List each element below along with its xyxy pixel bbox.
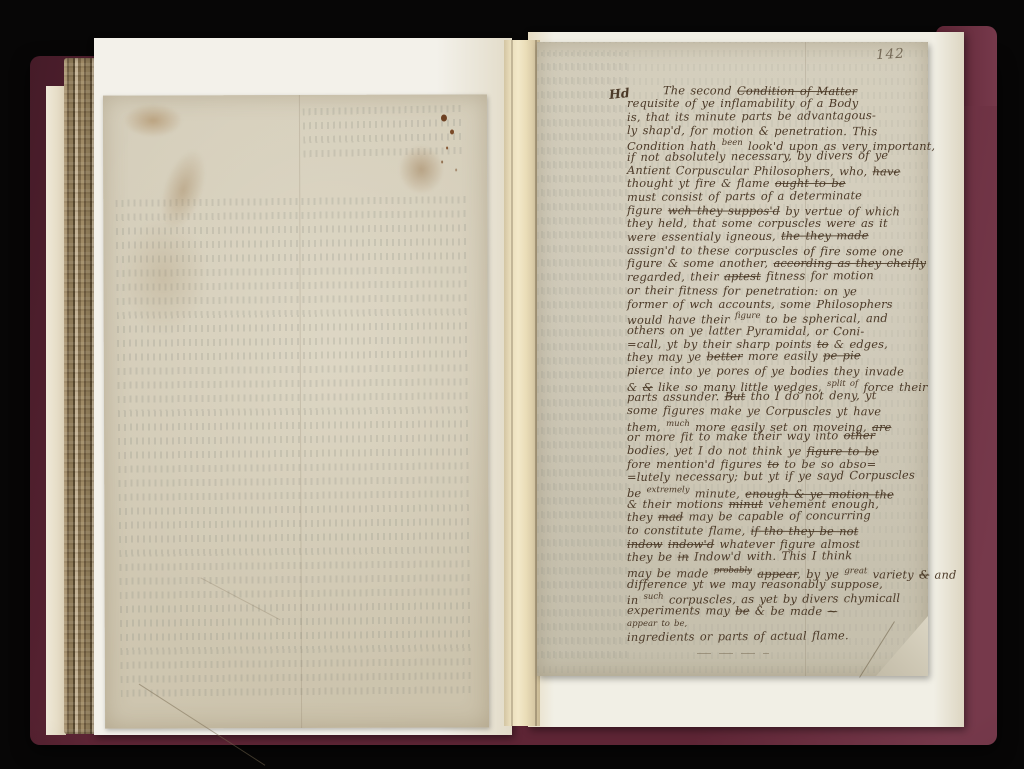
- manuscript-line: is, that its minute parts be advantagous…: [627, 108, 929, 124]
- stain: [123, 103, 183, 137]
- right-manuscript-leaf: 142 Hd The second Condition of Matterreq…: [537, 42, 928, 676]
- manuscript-line: must consist of parts of a determinate: [627, 188, 929, 204]
- manuscript-line: others on ye latter Pyramidal, or Coni-: [627, 324, 929, 339]
- margin-showthrough: [541, 52, 627, 661]
- manuscript-line: in such corpuscles, as yet by divers chy…: [627, 589, 929, 605]
- manuscript-line: =lutely necessary; but yt if ye sayd Cor…: [627, 469, 929, 485]
- stain: [118, 215, 208, 335]
- manuscript-line: ly shap'd, for motion & penetration. Thi…: [627, 124, 929, 139]
- manuscript-line: or their fitness for penetration: on ye: [627, 284, 929, 299]
- manuscript-book-photograph: 142 Hd The second Condition of Matterreq…: [0, 0, 1024, 769]
- showthrough-text-top: [302, 99, 465, 160]
- manuscript-line: Antient Corpuscular Philosophers, who, h…: [627, 164, 929, 179]
- manuscript-line: pierce into ye pores of ye bodies they i…: [627, 364, 929, 379]
- crease-dashes: [697, 653, 769, 654]
- manuscript-line: parts assunder. But tho I do not deny, y…: [627, 389, 929, 405]
- gutter-fold: [504, 40, 540, 726]
- manuscript-line: if not absolutely necessary, by divers o…: [627, 148, 929, 164]
- page-number: 142: [876, 45, 921, 63]
- ink-spots: [441, 114, 447, 121]
- manuscript-line: The second Condition of Matter: [627, 84, 929, 99]
- manuscript-line: may be made probably appear, by ye great…: [627, 564, 929, 579]
- manuscript-line: they may ye better more easily pe pie: [627, 349, 929, 365]
- manuscript-line: they mad may be capable of concurring: [627, 509, 929, 525]
- manuscript-line: they be in Indow'd with. This I think: [627, 549, 929, 565]
- stain: [398, 144, 444, 194]
- manuscript-line: be extremely minute, enough & ye motion …: [627, 484, 929, 499]
- manuscript-line: assign'd to these corpuscles of fire som…: [627, 244, 929, 259]
- manuscript-line: regarded, their aptest fitness for motio…: [627, 268, 929, 284]
- page-edges-sliver: [46, 86, 66, 735]
- manuscript-line: were essentialy igneous, the they made: [627, 228, 929, 244]
- manuscript-text-block: The second Condition of Matterrequisite …: [627, 84, 929, 644]
- manuscript-line: bodies, yet I do not think ye figure to …: [627, 444, 929, 459]
- manuscript-line: some figures make ye Corpuscles yt have: [627, 404, 929, 419]
- manuscript-line: or more fit to make their way into other: [627, 429, 929, 445]
- left-manuscript-leaf: [103, 94, 489, 728]
- manuscript-line: experiments may be & be made ~: [627, 604, 929, 619]
- manuscript-line: to constitute flame, if tho they be not: [627, 524, 929, 539]
- manuscript-line: figure wch they suppos'd by vertue of wh…: [627, 204, 929, 219]
- manuscript-line: would have their figure to be spherical,…: [627, 308, 929, 324]
